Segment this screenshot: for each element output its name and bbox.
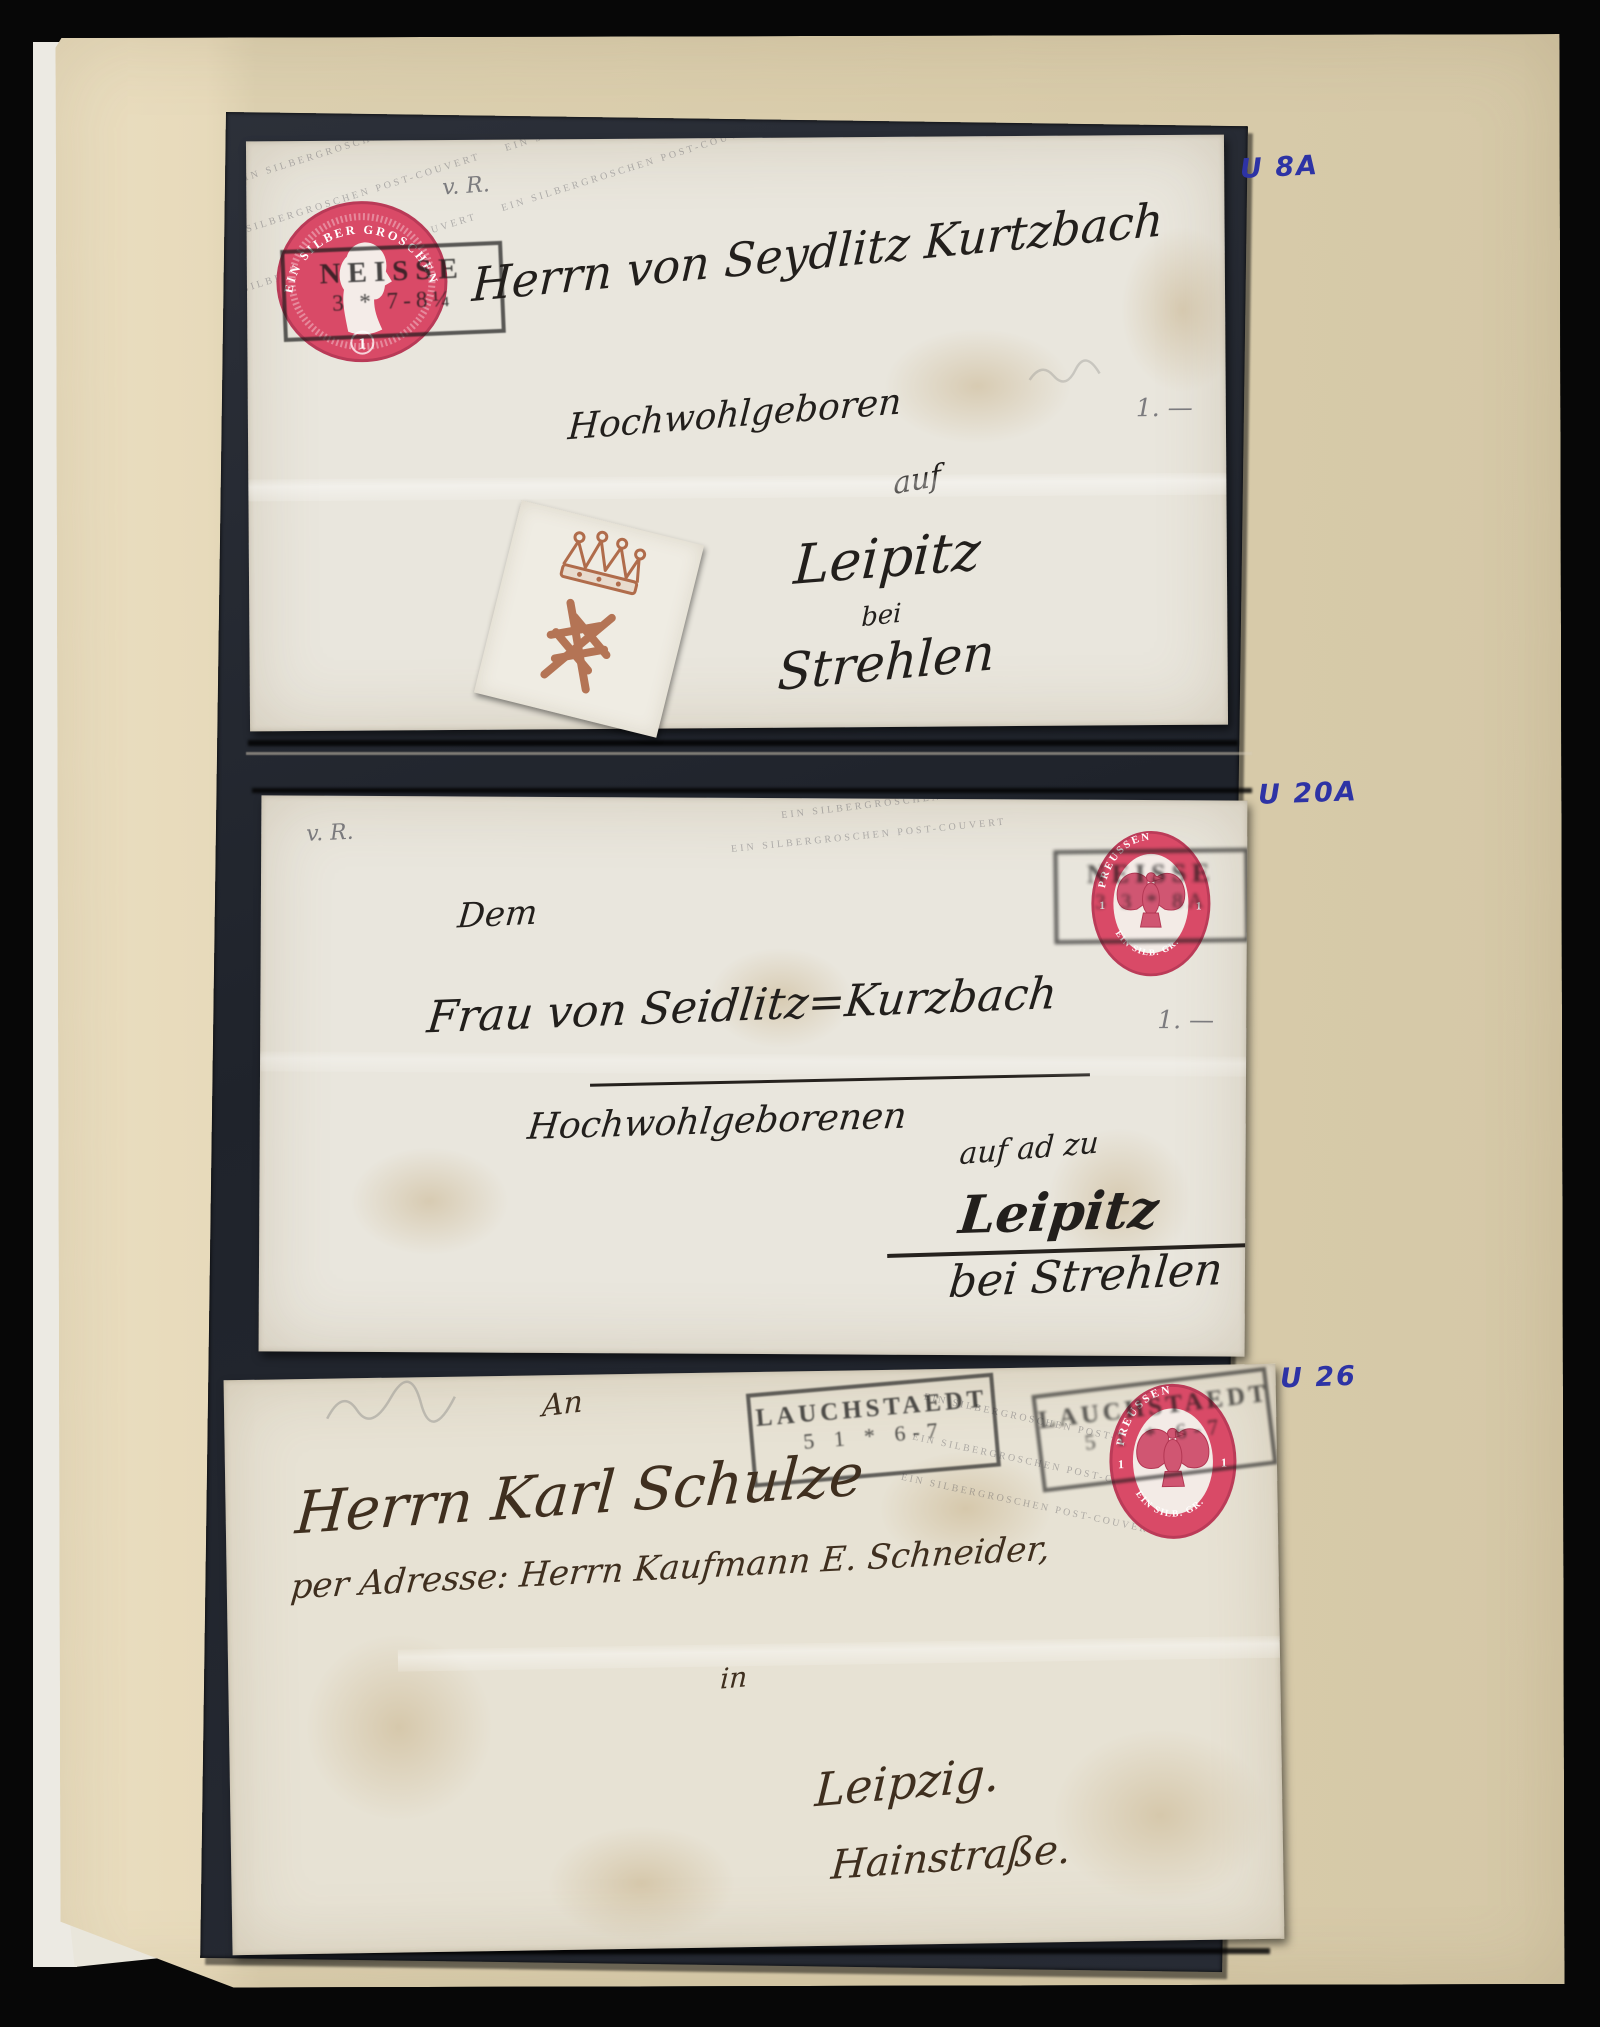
- pencil-scribble: [319, 1378, 470, 1432]
- address-line: Herrn Karl Schulze: [293, 1440, 866, 1547]
- address-line: Herrn von Seydlitz Kurtzbach: [471, 192, 1165, 312]
- pencil-initials: v. R.: [441, 172, 490, 201]
- postal-cover-bottom: An EIN SILBERGROSCHEN POST-COUVERT EIN S…: [224, 1364, 1285, 1955]
- pencil-smudge: [1025, 357, 1105, 392]
- address-line: An: [542, 1384, 583, 1424]
- catalog-number-label: U 20A: [1257, 776, 1358, 810]
- stain: [267, 1596, 531, 1860]
- address-line: per Adresse: Herrn Kaufmann E. Schneider…: [289, 1529, 1052, 1608]
- overprint-text: EIN SILBERGROSCHEN POST-COUVERT: [500, 135, 767, 214]
- security-overprint: EIN SILBERGROSCHEN POST-COUVERT: [731, 814, 1033, 855]
- mount-shadow-line: [248, 740, 1238, 746]
- address-line: Hochwohlgeboren: [567, 381, 903, 448]
- mounting-tape: [248, 473, 1226, 502]
- address-line: Hochwohlgeborenen: [525, 1096, 908, 1148]
- address-line: bei: [861, 598, 902, 633]
- address-line: Leipitz: [956, 1179, 1162, 1246]
- mount-glint-line: [246, 752, 1252, 755]
- pencil-price: 1. —: [1157, 1005, 1214, 1034]
- postmark-box-blurred: NEISSE 3 3 * 8A: [1053, 848, 1247, 944]
- pencil-price: 1. —: [1136, 393, 1193, 422]
- overprint-text: EIN SILBERGROSCHEN POST-COUVERT: [731, 816, 1007, 854]
- mounting-tape: [398, 1636, 1280, 1672]
- pencil-initials: v. R.: [306, 820, 355, 847]
- crossed-crosslets-monogram: [520, 584, 637, 709]
- stain: [1009, 1693, 1285, 1938]
- mount-shadow-line: [252, 788, 1252, 793]
- postmark-town: NEISSE: [1058, 858, 1245, 890]
- album-photo: EIN SILBERGROSCHEN POST-COUVERTEIN SILBE…: [0, 0, 1600, 2027]
- postmark-box-lauchstaedt-2: LAUCHSTAEDT 5 1 * 6-7: [1031, 1367, 1277, 1493]
- crown-icon: [561, 525, 648, 594]
- postal-cover-middle: EIN SILBERGROSCHEN POST-COUVERT EIN SILB…: [259, 795, 1248, 1356]
- address-line: Leipzig.: [814, 1747, 1001, 1817]
- address-line: Strehlen: [776, 623, 996, 702]
- security-overprint: EIN SILBERGROSCHEN POST-COUVERT: [781, 795, 1083, 821]
- address-line: Dem: [456, 893, 539, 937]
- stain: [510, 1802, 772, 1955]
- mounting-tape: [260, 1051, 1246, 1076]
- stain: [319, 1126, 540, 1277]
- postal-cover-top: EIN SILBERGROSCHEN POST-COUVERTEIN SILBE…: [246, 135, 1228, 732]
- catalog-number-label: U 8A: [1239, 150, 1320, 185]
- address-line: Leipitz: [792, 519, 983, 597]
- catalog-number-label: U 26: [1279, 1361, 1357, 1395]
- postmark-date: 3 3 * 8A: [1058, 888, 1245, 915]
